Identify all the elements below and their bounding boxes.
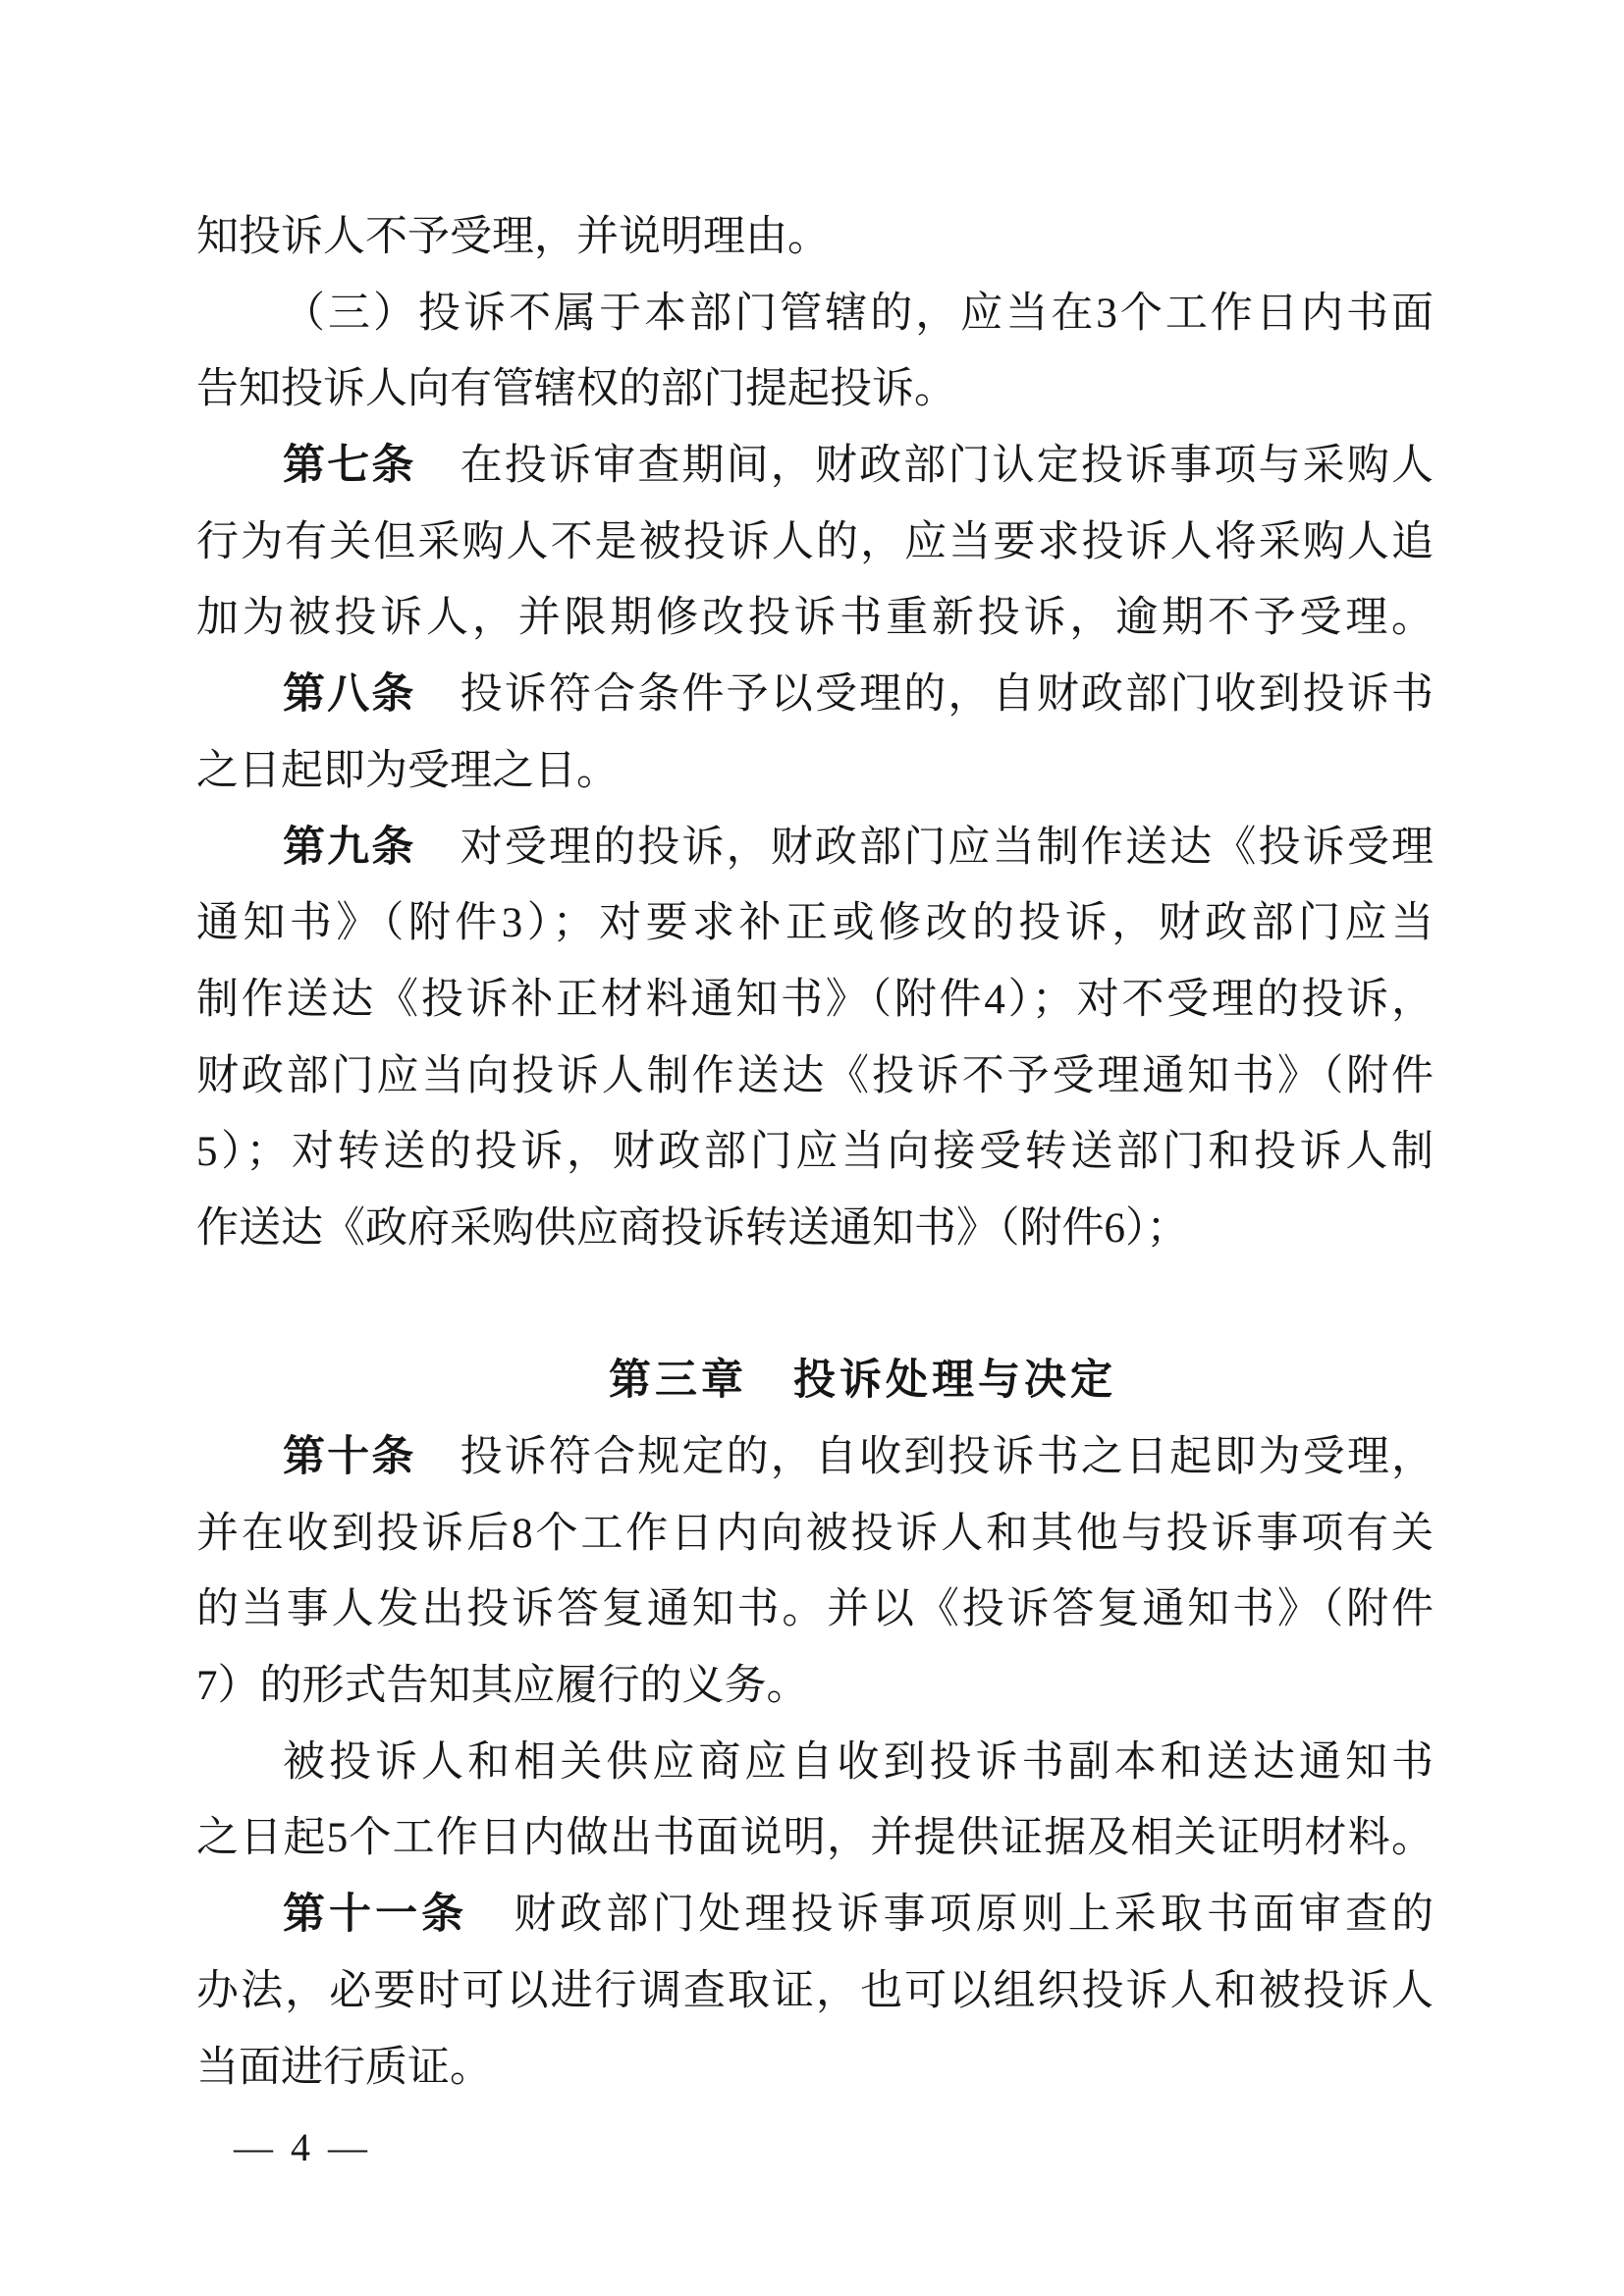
text-line: 第十一条 财政部门处理投诉事项原则上采取书面审查的 [196,1877,1434,1953]
text-line: 通知书》（附件3）；对要求补正或修改的投诉，财政部门应当 [196,885,1434,962]
text-line: 的当事人发出投诉答复通知书。并以《投诉答复通知书》（附件 [196,1572,1434,1648]
text-line: 行为有关但采购人不是被投诉人的，应当要求投诉人将采购人追 [196,505,1434,581]
article-number: 第十条 [283,1434,415,1480]
article-number: 第八条 [283,671,415,718]
document-page: 知投诉人不予受理，并说明理由。（三）投诉不属于本部门管辖的，应当在3个工作日内书… [0,0,1624,2296]
text-line: 财政部门应当向投诉人制作送达《投诉不予受理通知书》（附件 [196,1039,1434,1115]
text-line: 并在收到投诉后8个工作日内向被投诉人和其他与投诉事项有关 [196,1496,1434,1573]
text-line: 办法，必要时可以进行调查取证，也可以组织投诉人和被投诉人 [196,1953,1434,2030]
text-line: 之日起5个工作日内做出书面说明，并提供证据及相关证明材料。 [196,1800,1434,1877]
text-line: 告知投诉人向有管辖权的部门提起投诉。 [196,351,1434,428]
text-line: 作送达《政府采购供应商投诉转送通知书》（附件6）； [196,1191,1434,1267]
text-line: 第七条 在投诉审查期间，财政部门认定投诉事项与采购人 [196,428,1434,505]
text-line: 第九条 对受理的投诉，财政部门应当制作送达《投诉受理 [196,810,1434,886]
article-number: 第七条 [283,443,415,489]
text-line: 5）；对转送的投诉，财政部门应当向接受转送部门和投诉人制 [196,1114,1434,1191]
text-line: 被投诉人和相关供应商应自收到投诉书副本和送达通知书 [196,1725,1434,1801]
article-number: 第九条 [283,825,415,871]
document-body: 知投诉人不予受理，并说明理由。（三）投诉不属于本部门管辖的，应当在3个工作日内书… [196,199,1434,2106]
text-line: （三）投诉不属于本部门管辖的，应当在3个工作日内书面 [196,276,1434,352]
blank-line [196,1267,1434,1344]
text-line: 之日起即为受理之日。 [196,733,1434,810]
page-number: — 4 — [234,2124,371,2171]
text-line: 第八条 投诉符合条件予以受理的，自财政部门收到投诉书 [196,657,1434,733]
article-number: 第十一条 [283,1892,467,1938]
text-line: 制作送达《投诉补正材料通知书》（附件4）；对不受理的投诉， [196,962,1434,1039]
text-line: 第十条 投诉符合规定的，自收到投诉书之日起即为受理， [196,1419,1434,1496]
text-line: 当面进行质证。 [196,2030,1434,2107]
text-line: 加为被投诉人，并限期修改投诉书重新投诉，逾期不予受理。 [196,580,1434,657]
text-line: 知投诉人不予受理，并说明理由。 [196,199,1434,276]
text-line: 7）的形式告知其应履行的义务。 [196,1648,1434,1725]
chapter-heading: 第三章 投诉处理与决定 [196,1343,1434,1419]
